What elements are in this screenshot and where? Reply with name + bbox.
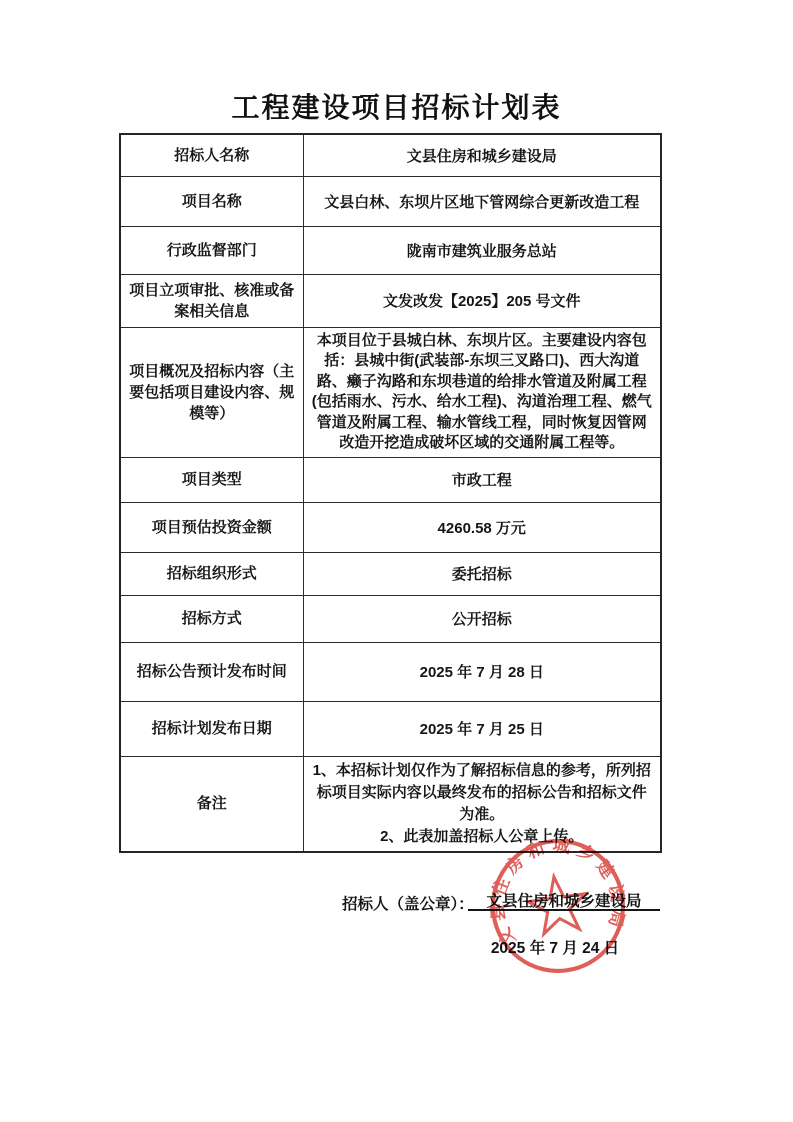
table-row: 项目类型 市政工程 (120, 457, 661, 502)
field-label: 项目立项审批、核准或备案相关信息 (120, 274, 303, 327)
field-value: 市政工程 (303, 457, 661, 502)
remark-line: 1、本招标计划仅作为了解招标信息的参考，所列招标项目实际内容以最终发布的招标公告… (312, 760, 653, 826)
field-value: 文县白林、东坝片区地下管网综合更新改造工程 (303, 176, 661, 226)
official-seal: 文县住房和城乡建设局 (478, 826, 638, 986)
table-row: 行政监督部门 陇南市建筑业服务总站 (120, 226, 661, 274)
field-value: 4260.58 万元 (303, 502, 661, 552)
table-row: 招标人名称 文县住房和城乡建设局 (120, 134, 661, 176)
field-label: 招标方式 (120, 595, 303, 642)
field-label: 招标人名称 (120, 134, 303, 176)
field-value: 本项目位于县城白林、东坝片区。主要建设内容包括：县城中街(武装部-东坝三叉路口)… (303, 327, 661, 457)
field-label: 招标公告预计发布时间 (120, 642, 303, 701)
field-value: 2025 年 7 月 28 日 (303, 642, 661, 701)
seal-star-icon (525, 873, 590, 936)
field-value: 2025 年 7 月 25 日 (303, 701, 661, 756)
signer-label: 招标人（盖公章）： (342, 892, 474, 914)
table-row: 招标计划发布日期 2025 年 7 月 25 日 (120, 701, 661, 756)
field-label: 招标组织形式 (120, 552, 303, 595)
table-row: 招标组织形式 委托招标 (120, 552, 661, 595)
table-row: 招标公告预计发布时间 2025 年 7 月 28 日 (120, 642, 661, 701)
table-row: 项目名称 文县白林、东坝片区地下管网综合更新改造工程 (120, 176, 661, 226)
bidding-plan-table: 招标人名称 文县住房和城乡建设局 项目名称 文县白林、东坝片区地下管网综合更新改… (119, 133, 662, 853)
table-row: 项目预估投资金额 4260.58 万元 (120, 502, 661, 552)
scanned-document-page: 工程建设项目招标计划表 招标人名称 文县住房和城乡建设局 项目名称 文县白林、东… (0, 0, 793, 1122)
field-value: 陇南市建筑业服务总站 (303, 226, 661, 274)
field-label: 项目名称 (120, 176, 303, 226)
field-value: 文发改发【2025】205 号文件 (303, 274, 661, 327)
field-label: 备注 (120, 756, 303, 852)
field-value: 公开招标 (303, 595, 661, 642)
field-label: 招标计划发布日期 (120, 701, 303, 756)
table-row: 招标方式 公开招标 (120, 595, 661, 642)
field-label: 项目预估投资金额 (120, 502, 303, 552)
page-title: 工程建设项目招标计划表 (0, 86, 793, 126)
field-label: 项目概况及招标内容（主要包括项目建设内容、规模等） (120, 327, 303, 457)
table-row: 项目立项审批、核准或备案相关信息 文发改发【2025】205 号文件 (120, 274, 661, 327)
table-row: 项目概况及招标内容（主要包括项目建设内容、规模等） 本项目位于县城白林、东坝片区… (120, 327, 661, 457)
field-label: 行政监督部门 (120, 226, 303, 274)
seal-arc-text: 文县住房和城乡建设局 (478, 826, 633, 954)
field-value: 委托招标 (303, 552, 661, 595)
field-value: 文县住房和城乡建设局 (303, 134, 661, 176)
field-label: 项目类型 (120, 457, 303, 502)
